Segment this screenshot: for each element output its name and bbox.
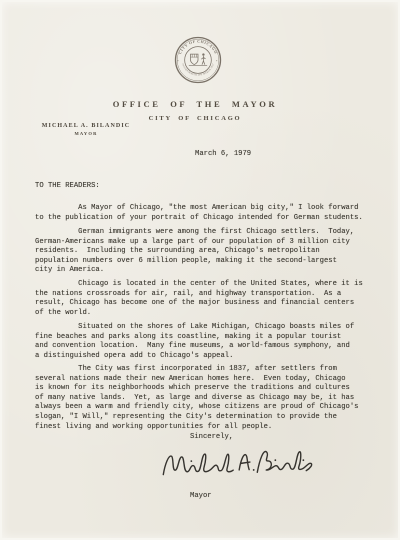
paragraph-5: The City was first incorporated in 1837,… bbox=[35, 365, 359, 432]
city-of-chicago-heading: CITY OF CHICAGO bbox=[0, 115, 393, 122]
paragraph-1: As Mayor of Chicago, "the most American … bbox=[35, 204, 363, 223]
seal-shield bbox=[191, 54, 199, 64]
salutation: TO THE READERS: bbox=[35, 182, 100, 192]
office-of-the-mayor-heading: OFFICE OF THE MAYOR bbox=[0, 99, 393, 109]
city-of-chicago-seal-icon: CITY OF CHICAGO INCORPORATED 4TH MARCH 1… bbox=[173, 35, 223, 85]
sender-block: MICHAEL A. BILANDIC MAYOR bbox=[30, 123, 142, 136]
closing-sincerely: Sincerely, bbox=[190, 433, 233, 443]
sender-title: MAYOR bbox=[30, 131, 142, 136]
paragraph-2: German immigrants were among the first C… bbox=[35, 228, 354, 276]
paragraph-4: Situated on the shores of Lake Michigan,… bbox=[35, 323, 354, 361]
seal-star-left: ✦ bbox=[177, 60, 179, 63]
letter-page: CITY OF CHICAGO INCORPORATED 4TH MARCH 1… bbox=[0, 0, 400, 540]
mayor-signature bbox=[159, 442, 315, 487]
letter-date: March 6, 1979 bbox=[195, 150, 251, 160]
signoff-title-mayor: Mayor bbox=[190, 492, 212, 502]
seal-star-right: ✦ bbox=[216, 60, 218, 63]
paragraph-3: Chicago is located in the center of the … bbox=[35, 280, 363, 318]
sender-name: MICHAEL A. BILANDIC bbox=[30, 123, 142, 129]
seal-figure bbox=[201, 53, 205, 64]
